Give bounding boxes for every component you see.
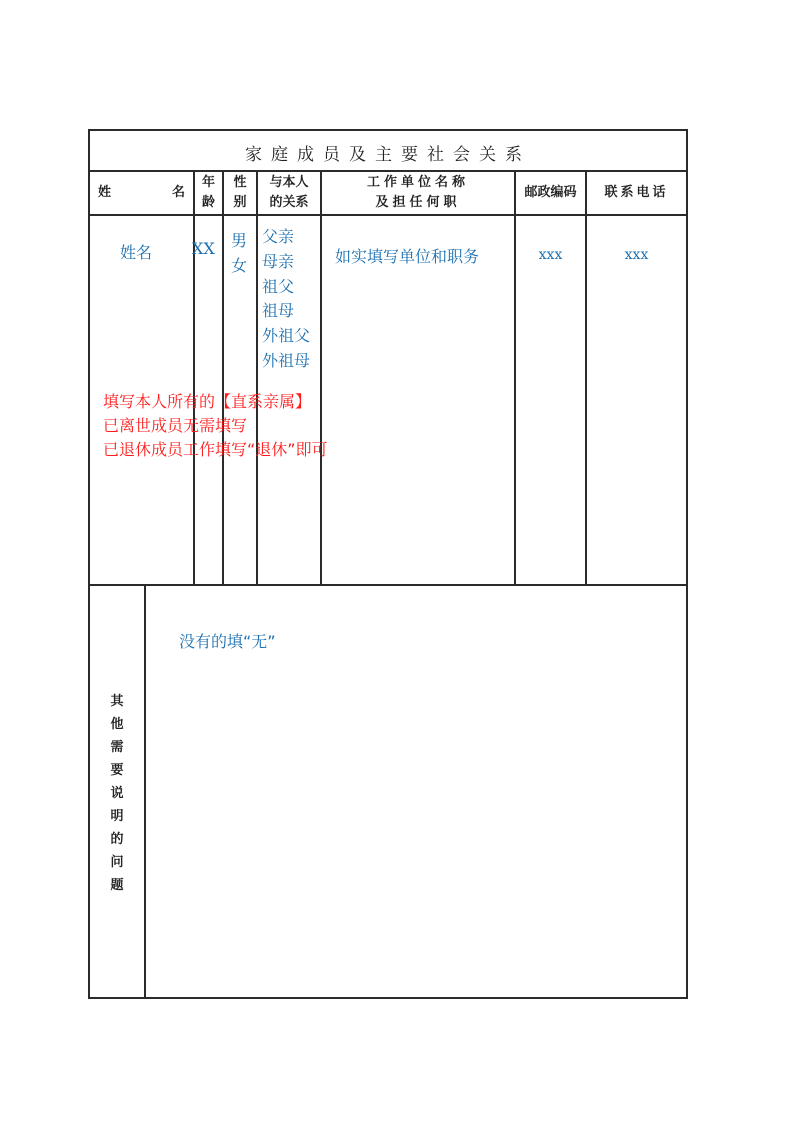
notes-label-char: 明 — [107, 805, 127, 828]
col-divider-gender-relation — [256, 171, 258, 585]
header-work-1: 工作单位名称 — [321, 172, 515, 194]
example-gender-female[interactable]: 女 — [231, 253, 247, 278]
notes-label-char: 说 — [107, 782, 127, 805]
header-postcode: 邮政编码 — [515, 182, 586, 204]
header-relation-1: 与本人 — [257, 172, 321, 194]
header-row-divider — [89, 214, 687, 216]
notes-value[interactable]: 没有的填“无” — [179, 629, 276, 652]
instruction-line-2: 已离世成员无需填写 — [103, 414, 247, 438]
notes-label-char: 其 — [107, 690, 127, 713]
notes-label-char: 问 — [107, 851, 127, 874]
example-phone[interactable]: xxx — [586, 247, 687, 263]
example-gender-male[interactable]: 男 — [231, 228, 247, 253]
notes-section-divider — [89, 584, 687, 586]
table-border-top — [89, 129, 688, 131]
table-border-left — [88, 129, 90, 999]
header-gender-1: 性 — [223, 172, 257, 194]
notes-label-char: 的 — [107, 828, 127, 851]
notes-label-char: 他 — [107, 713, 127, 736]
notes-label-divider — [144, 585, 146, 998]
table-border-bottom — [89, 997, 688, 999]
header-work-2: 及担任何职 — [321, 192, 515, 214]
form-title: 家庭成员及主要社会关系 — [89, 140, 687, 165]
example-relation-maternal-grandmother[interactable]: 外祖母 — [262, 348, 310, 373]
header-name-2: 名 — [172, 182, 185, 204]
instruction-line-1: 填写本人所有的【直系亲属】 — [103, 390, 311, 414]
example-relation-father[interactable]: 父亲 — [262, 224, 294, 249]
notes-label-char: 题 — [107, 874, 127, 897]
header-name-1: 姓 — [98, 182, 111, 204]
header-age-2: 龄 — [194, 192, 223, 214]
notes-label-char: 需 — [107, 736, 127, 759]
example-age[interactable]: XX — [192, 239, 215, 258]
instruction-line-3: 已退休成员工作填写“退休”即可 — [103, 438, 328, 462]
example-relation-grandmother[interactable]: 祖母 — [262, 298, 294, 323]
example-relation-grandfather[interactable]: 祖父 — [262, 274, 294, 299]
col-divider-relation-work — [320, 171, 322, 585]
col-divider-postcode-phone — [585, 171, 587, 585]
example-work[interactable]: 如实填写单位和职务 — [335, 244, 479, 267]
header-relation-2: 的关系 — [257, 192, 321, 214]
col-divider-age-gender — [222, 171, 224, 585]
notes-label-char: 要 — [107, 759, 127, 782]
col-divider-name-age — [193, 171, 195, 585]
example-relation-maternal-grandfather[interactable]: 外祖父 — [262, 323, 310, 348]
col-divider-work-postcode — [514, 171, 516, 585]
example-relation-mother[interactable]: 母亲 — [262, 249, 294, 274]
example-postcode[interactable]: xxx — [515, 247, 586, 263]
header-gender-2: 别 — [223, 192, 257, 214]
header-phone: 联系电话 — [586, 182, 687, 204]
example-name[interactable]: 姓名 — [120, 240, 152, 263]
header-age-1: 年 — [194, 172, 223, 194]
